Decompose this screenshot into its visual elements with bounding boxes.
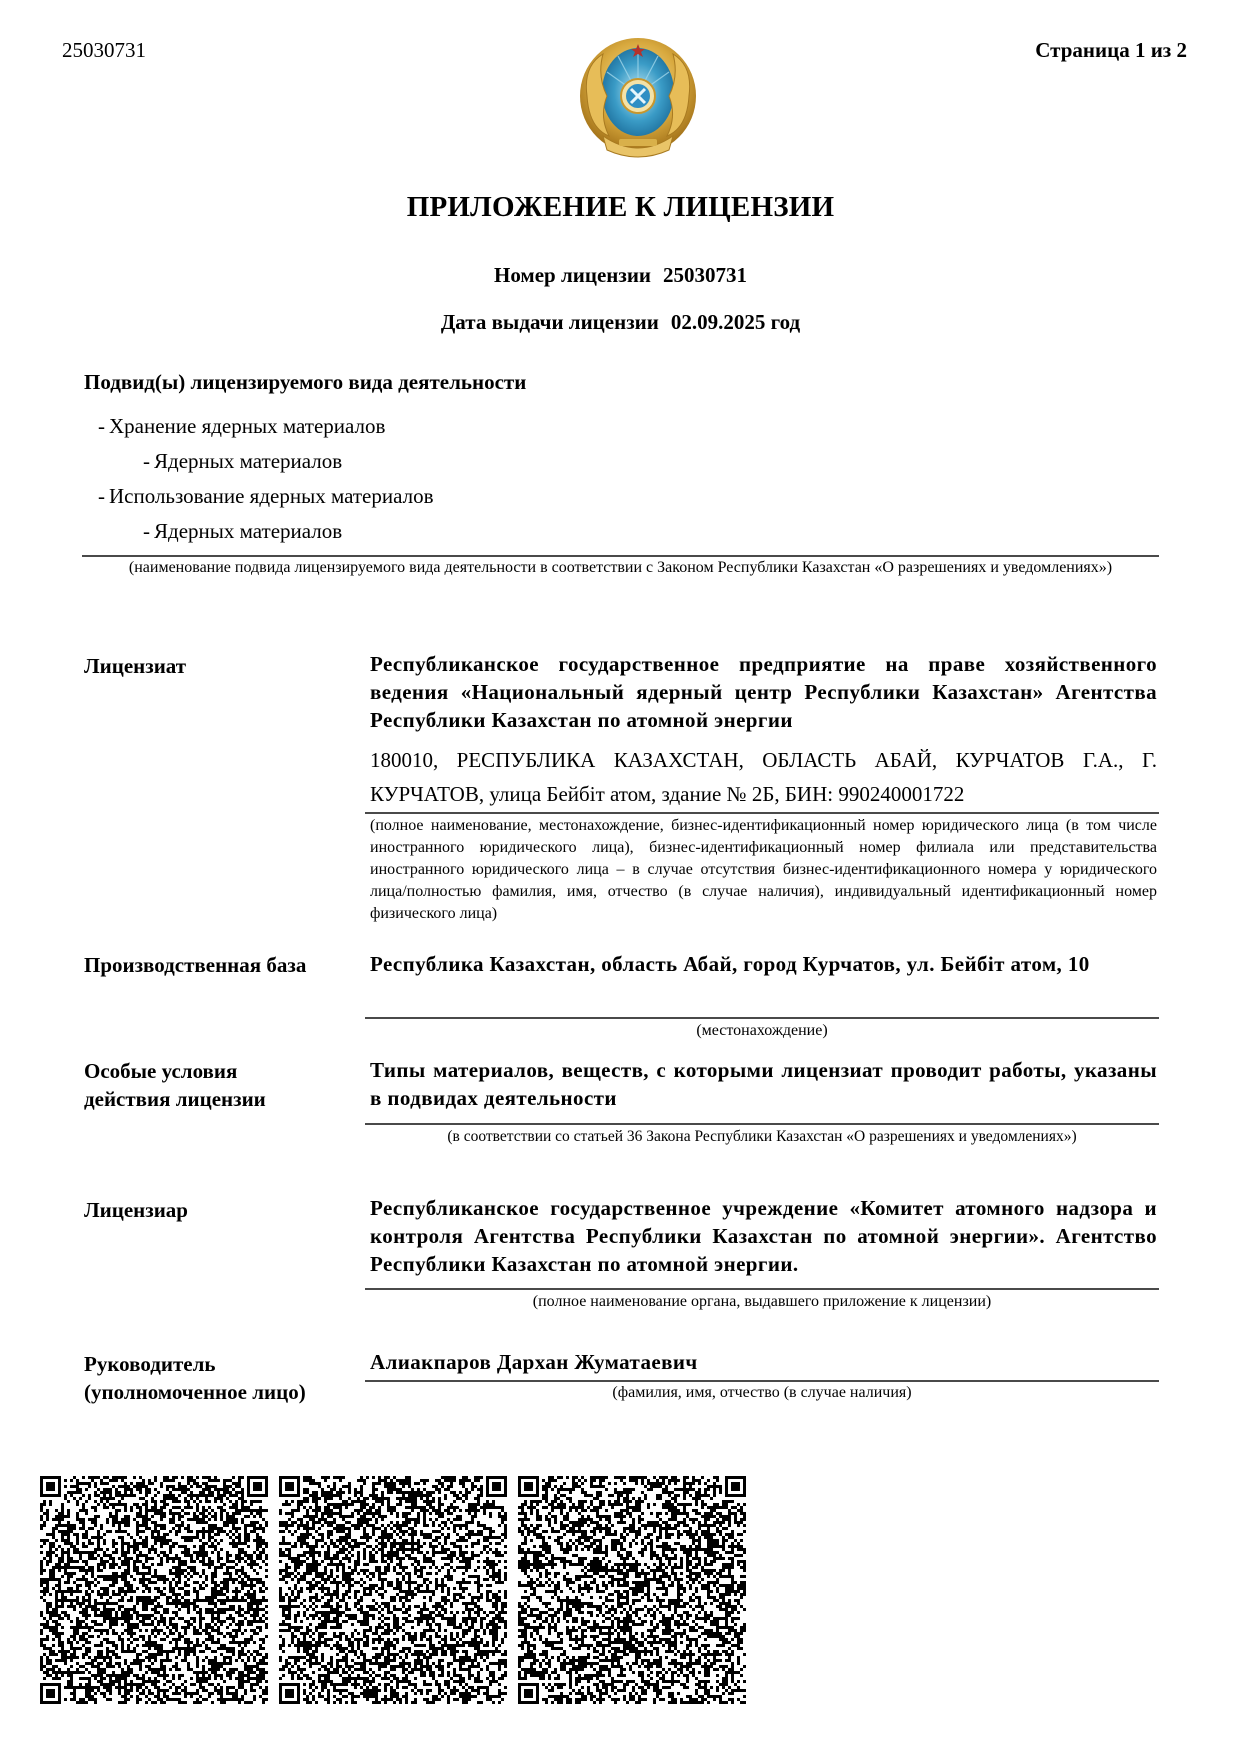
state-emblem-icon (573, 36, 703, 160)
document-number: 25030731 (62, 38, 146, 63)
head-label-line1: Руководитель (84, 1350, 306, 1378)
subtype-text: Использование ядерных материалов (109, 484, 434, 508)
head-label-line2: (уполномоченное лицо) (84, 1378, 306, 1406)
licensee-note: (полное наименование, местонахождение, б… (370, 815, 1157, 925)
production-base-label: Производственная база (84, 951, 306, 979)
dash-bullet: - (98, 414, 105, 439)
issue-date-label: Дата выдачи лицензии (441, 310, 659, 334)
issue-date-value: 02.09.2025 год (671, 310, 800, 334)
licensee-address: 180010, РЕСПУБЛИКА КАЗАХСТАН, ОБЛАСТЬ АБ… (370, 743, 1157, 811)
license-number: Номер лицензии25030731 (0, 263, 1241, 288)
divider (365, 812, 1159, 814)
licensor-note: (полное наименование органа, выдавшего п… (365, 1291, 1159, 1313)
licensee-label: Лицензиат (84, 652, 186, 680)
production-base-note: (местонахождение) (365, 1020, 1159, 1042)
dash-bullet: - (143, 519, 150, 544)
head-label: Руководитель (уполномоченное лицо) (84, 1350, 306, 1406)
divider (365, 1288, 1159, 1290)
subtype-item: -Ядерных материалов (143, 449, 342, 474)
head-name: Алиакпаров Дархан Жуматаевич (370, 1348, 1157, 1376)
document-title: ПРИЛОЖЕНИЕ К ЛИЦЕНЗИИ (0, 191, 1241, 224)
divider (365, 1123, 1159, 1125)
subtype-item: -Ядерных материалов (143, 519, 342, 544)
production-base-value: Республика Казахстан, область Абай, горо… (370, 950, 1157, 978)
subtype-text: Хранение ядерных материалов (109, 414, 385, 438)
licensor-value: Республиканское государственное учрежден… (370, 1194, 1157, 1278)
qr-code-1 (40, 1475, 268, 1705)
special-conditions-label: Особые условия действия лицензии (84, 1057, 266, 1113)
dash-bullet: - (143, 449, 150, 474)
divider (365, 1017, 1159, 1019)
subtype-text: Ядерных материалов (154, 449, 342, 473)
license-number-value: 25030731 (663, 263, 747, 287)
subtype-text: Ядерных материалов (154, 519, 342, 543)
dash-bullet: - (98, 484, 105, 509)
subtypes-heading: Подвид(ы) лицензируемого вида деятельнос… (84, 370, 526, 395)
qr-code-3 (518, 1475, 746, 1705)
license-number-label: Номер лицензии (494, 263, 651, 287)
subtype-item: -Использование ядерных материалов (98, 484, 434, 509)
license-issue-date: Дата выдачи лицензии02.09.2025 год (0, 310, 1241, 335)
qr-code-2 (279, 1475, 507, 1705)
special-conditions-value: Типы материалов, веществ, с которыми лиц… (370, 1056, 1157, 1112)
subtype-item: -Хранение ядерных материалов (98, 414, 385, 439)
subtypes-note: (наименование подвида лицензируемого вид… (82, 557, 1159, 579)
special-conditions-label-line2: действия лицензии (84, 1085, 266, 1113)
head-note: (фамилия, имя, отчество (в случае наличи… (365, 1382, 1159, 1404)
special-conditions-note: (в соответствии со статьей 36 Закона Рес… (365, 1126, 1159, 1148)
page-indicator: Страница 1 из 2 (1035, 38, 1187, 63)
special-conditions-label-line1: Особые условия (84, 1057, 266, 1085)
licensee-name: Республиканское государственное предприя… (370, 650, 1157, 734)
licensor-label: Лицензиар (84, 1196, 188, 1224)
